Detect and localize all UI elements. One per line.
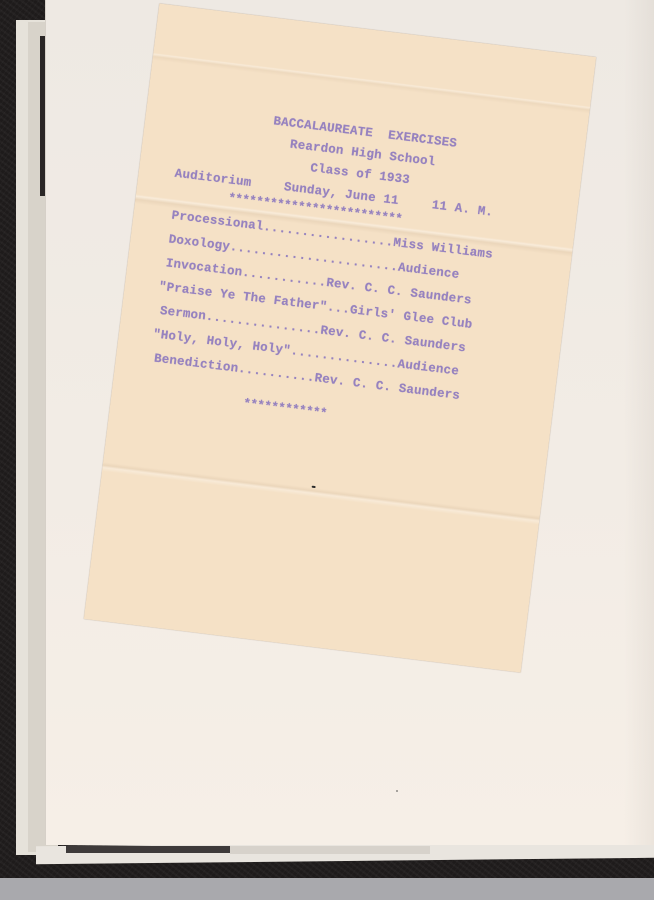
divider-bottom: ************	[242, 397, 327, 421]
lower-page-ledge-inner	[230, 846, 430, 854]
venue: Auditorium	[174, 167, 252, 190]
ink-mark	[312, 486, 316, 488]
time: 11 A. M.	[431, 198, 494, 219]
lower-photo-edge	[66, 846, 231, 853]
scanner-bed-edge	[0, 878, 654, 900]
dust-speck	[396, 790, 398, 792]
program-sheet: BACCALAUREATE EXERCISES Reardon High Sch…	[84, 3, 596, 672]
page-shadow	[624, 0, 654, 845]
